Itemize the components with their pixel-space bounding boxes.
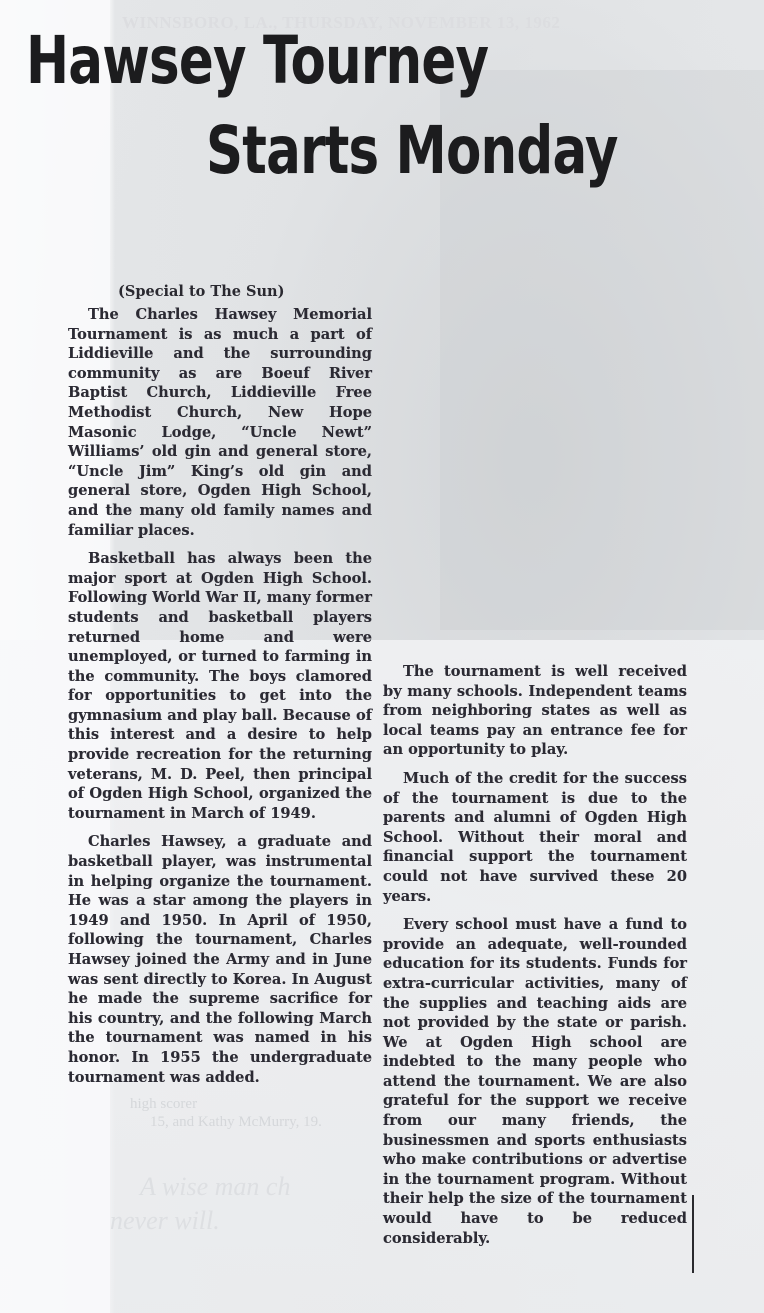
reverse-side-fragment: high scorer [130,1096,197,1113]
article-column-right: The tournament is well received by many … [383,662,687,1257]
paragraph: Every school must have a fund to provide… [383,915,687,1248]
paragraph: Basketball has always been the major spo… [68,549,372,823]
paragraph: The Charles Hawsey Memorial Tournament i… [68,305,372,540]
article-column-left: The Charles Hawsey Memorial Tournament i… [68,305,372,1096]
headline-line-1: Hawsey Tourney [26,22,488,99]
paragraph: Much of the credit for the success of th… [383,769,687,906]
column-rule [692,1195,694,1273]
reverse-side-fragment: A wise man ch [140,1172,290,1202]
paragraph: The tournament is well received by many … [383,662,687,760]
reverse-side-fragment: 15, and Kathy McMurry, 19. [150,1114,322,1131]
headline-line-2: Starts Monday [206,112,618,189]
byline: (Special to The Sun) [118,283,284,300]
reverse-side-fragment: never will. [110,1206,220,1236]
paragraph: Charles Hawsey, a graduate and basketbal… [68,832,372,1087]
